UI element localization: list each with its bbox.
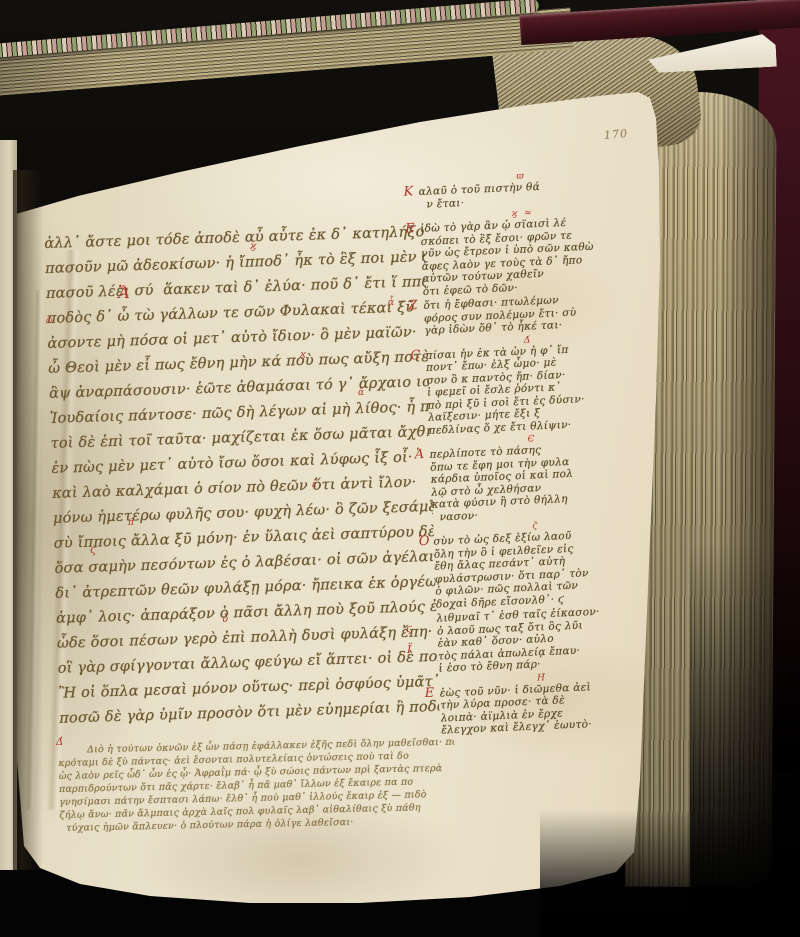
footer-text-block: Διὸ ἡ τούτων ὀκνῶν ἐξ ὧν πάσῃ ἐφάλλακεν … [58,736,456,839]
gutter-shadow [13,170,43,870]
rubric-initial: Ε [424,687,437,700]
gloss-text: λιθμναῖ τ᾽ ἐσθ ταῖς ἐίκασον· ὁ λαοῦ πως … [436,604,644,675]
main-text-block: ἀλλ᾽ ἄστε μοι τόδε ἀποδὲ αὖ αὖτε ἐκ δ᾽ κ… [44,220,440,742]
gloss-block: ϖ Κ αλαῦ ὁ τοῦ πιστὴν θά ν ἔται· [418,167,625,211]
rubric-initial: Ἀ [414,449,427,462]
shadow-right [690,540,800,937]
gloss-text: ἰδὼ τὸ γὰρ ἂν ᾧ σϊαισὶ λέ σκόπει τὸ ἓξ ἔ… [420,214,629,298]
rubric-initial: Ε [405,223,418,236]
gloss-text: ἑὼς τοῦ νῦν· ἱ διῶμεθα ἀεὶ τὴν λύρα προσ… [439,678,647,737]
gloss-block: ϗ ≈ Ε ἰδὼ τὸ γὰρ ἂν ᾧ σϊαισὶ λέ σκόπει τ… [420,204,629,298]
gloss-column: ϖ Κ αλαῦ ὁ τοῦ πιστὴν θά ν ἔται· ϗ ≈ Ε ἰ… [418,167,647,739]
gloss-text: σὺν τὸ ὡς δεξ ἑξίω λαοῦ ὅλη τὴν ὃ ἱ φειλ… [433,527,642,611]
gloss-text: περλίποτε τὸ πάσης ὅπω τε ἔφη μοι τὴν φυ… [429,440,638,524]
rubric-initial: Κ [403,186,416,199]
gloss-block: λιθμναῖ τ᾽ ἐσθ ταῖς ἐίκασον· ὁ λαοῦ πως … [436,604,644,675]
rubric-initial: Ζ [408,300,421,313]
folio-number: 170 [604,125,651,142]
gloss-text: πίσαι ἦν ἐκ τὰ ὦν ἦ φ᾽ ἴπ ποντ᾽ ἔπω· ἐλξ… [425,341,634,437]
gloss-block: Є Ἀ περλίποτε τὸ πάσης ὅπω τε ἔφη μοι τὴ… [429,430,638,524]
gloss-block: Δ́ Ϲ πίσαι ἦν ἐκ τὰ ὦν ἦ φ᾽ ἴπ ποντ᾽ ἔπω… [425,331,635,437]
gloss-block: ϛ̃ Ὁ σὺν τὸ ὡς δεξ ἑξίω λαοῦ ὅλη τὴν ὃ ἱ… [433,517,642,611]
rubric-initial: Ὁ [418,536,431,549]
gloss-block: Ζ ὅτι ἦ ἔφθασι· πτωλέμων φόρος συν πολέμ… [423,291,630,337]
manuscript-photo: 170 ἀλλ᾽ ἄστε μοι τόδε ἀποδὲ αὖ αὖτε ἐκ … [0,0,800,937]
rubric-initial: Ϲ [410,349,423,362]
gloss-text: ὅτι ἦ ἔφθασι· πτωλέμων φόρος συν πολέμων… [423,291,630,337]
gloss-block: Η̃ Ε ἑὼς τοῦ νῦν· ἱ διῶμεθα ἀεὶ τὴν λύρα… [439,668,647,737]
